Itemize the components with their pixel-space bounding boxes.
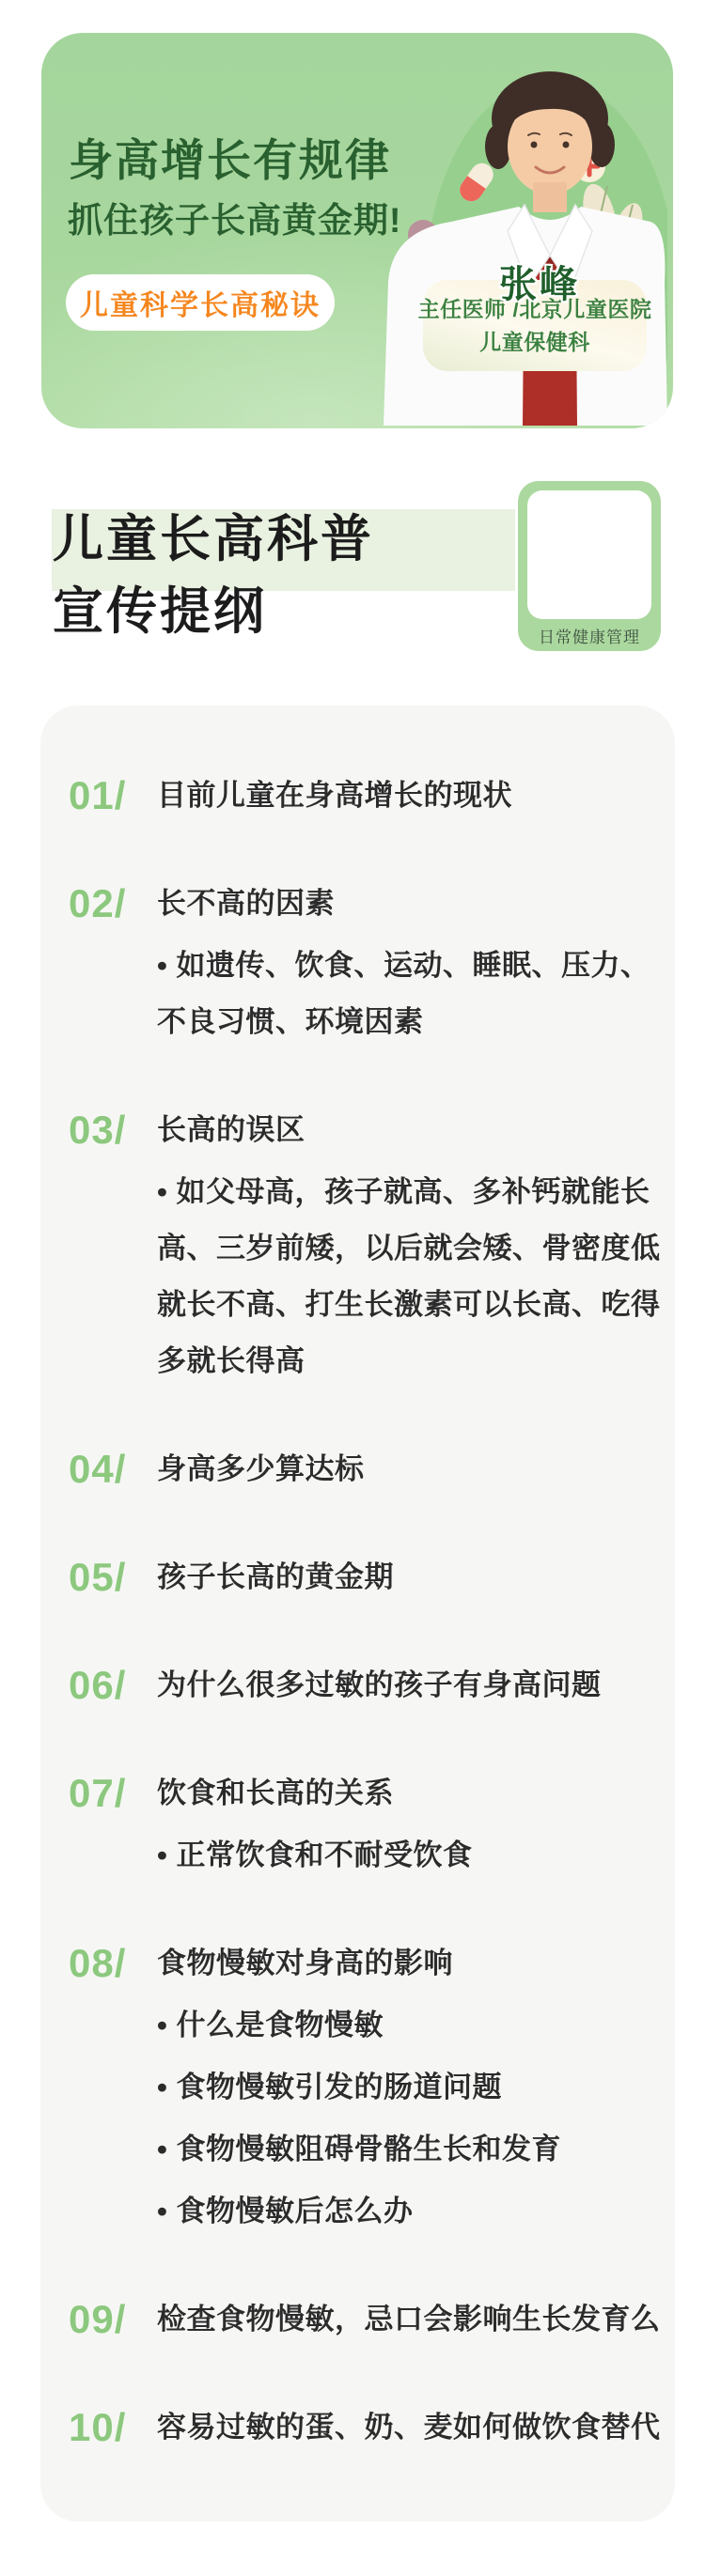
item-bullet: 什么是食物慢敏 [157,1997,666,2054]
outline-list: 01/目前儿童在身高增长的现状02/长不高的因素如遗传、饮食、运动、睡眠、压力、… [40,706,675,2522]
item-title: 为什么很多过敏的孩子有身高问题 [157,1657,666,1714]
item-title: 饮食和长高的关系 [157,1765,666,1822]
hero-title-line2: 抓住孩子长高黄金期! [68,192,401,242]
outline-item: 03/长高的误区如父母高，孩子就高、多补钙就能长高、三岁前矮，以后就会矮、骨密度… [69,1102,666,1389]
item-title: 容易过敏的蛋、奶、麦如何做饮食替代 [157,2399,666,2456]
item-number: 03/ [69,1102,157,1389]
outline-item: 04/身高多少算达标 [69,1441,666,1497]
item-number: 07/ [69,1765,157,1884]
section-title-line1: 儿童长高科普 [53,499,374,571]
item-body: 容易过敏的蛋、奶、麦如何做饮食替代 [157,2399,666,2456]
item-number: 08/ [69,1935,157,2240]
item-number: 02/ [69,876,157,1050]
item-body: 长不高的因素如遗传、饮食、运动、睡眠、压力、不良习惯、环境因素 [157,876,666,1050]
item-body: 长高的误区如父母高，孩子就高、多补钙就能长高、三岁前矮，以后就会矮、骨密度低就长… [157,1102,666,1389]
qr-code-card: 日常健康管理 [518,481,661,651]
item-body: 饮食和长高的关系正常饮食和不耐受饮食 [157,1765,666,1884]
outline-item: 09/检查食物慢敏，忌口会影响生长发育么 [69,2291,666,2348]
item-body: 食物慢敏对身高的影响什么是食物慢敏食物慢敏引发的肠道问题食物慢敏阻碍骨骼生长和发… [157,1935,666,2240]
item-number: 01/ [69,768,157,824]
hero-badge: 儿童科学长高秘诀 [66,274,335,331]
item-body: 目前儿童在身高增长的现状 [157,768,666,824]
qr-code-placeholder [527,490,651,619]
item-bullet: 食物慢敏阻碍骨骼生长和发育 [157,2121,666,2178]
item-title: 长不高的因素 [157,876,666,932]
item-body: 孩子长高的黄金期 [157,1549,666,1606]
item-body: 为什么很多过敏的孩子有身高问题 [157,1657,666,1714]
item-title: 目前儿童在身高增长的现状 [157,768,666,824]
hero-title-line1: 身高增长有规律 [69,126,391,189]
outline-item: 08/食物慢敏对身高的影响什么是食物慢敏食物慢敏引发的肠道问题食物慢敏阻碍骨骼生… [69,1935,666,2240]
qr-label: 日常健康管理 [527,624,651,647]
outline-item: 06/为什么很多过敏的孩子有身高问题 [69,1657,666,1714]
item-bullet: 正常饮食和不耐受饮食 [157,1827,666,1884]
item-number: 04/ [69,1441,157,1497]
item-number: 10/ [69,2399,157,2456]
item-title: 食物慢敏对身高的影响 [157,1935,666,1992]
section-header: 儿童长高科普 宣传提纲 日常健康管理 [0,428,705,706]
item-number: 05/ [69,1549,157,1606]
item-title: 检查食物慢敏，忌口会影响生长发育么 [157,2291,666,2348]
item-body: 检查食物慢敏，忌口会影响生长发育么 [157,2291,666,2348]
section-title-line2: 宣传提纲 [53,571,267,644]
outline-item: 01/目前儿童在身高增长的现状 [69,768,666,824]
item-number: 09/ [69,2291,157,2348]
item-bullet: 食物慢敏后怎么办 [157,2183,666,2240]
item-bullet: 如遗传、饮食、运动、睡眠、压力、不良习惯、环境因素 [157,938,666,1050]
item-number: 06/ [69,1657,157,1714]
item-bullet: 食物慢敏引发的肠道问题 [157,2059,666,2116]
doctor-title-line2: 儿童保健科 [479,326,590,359]
item-title: 身高多少算达标 [157,1441,666,1497]
item-title: 孩子长高的黄金期 [157,1549,666,1606]
outline-item: 07/饮食和长高的关系正常饮食和不耐受饮食 [69,1765,666,1884]
doctor-name: 张峰 [455,255,624,308]
item-body: 身高多少算达标 [157,1441,666,1497]
hero-card: 身高增长有规律 抓住孩子长高黄金期! 儿童科学长高秘诀 张峰 主任医师 /北京儿… [41,33,673,428]
item-title: 长高的误区 [157,1102,666,1158]
item-bullet: 如父母高，孩子就高、多补钙就能长高、三岁前矮，以后就会矮、骨密度低就长不高、打生… [157,1164,666,1389]
outline-item: 05/孩子长高的黄金期 [69,1549,666,1606]
outline-item: 02/长不高的因素如遗传、饮食、运动、睡眠、压力、不良习惯、环境因素 [69,876,666,1050]
outline-item: 10/容易过敏的蛋、奶、麦如何做饮食替代 [69,2399,666,2456]
